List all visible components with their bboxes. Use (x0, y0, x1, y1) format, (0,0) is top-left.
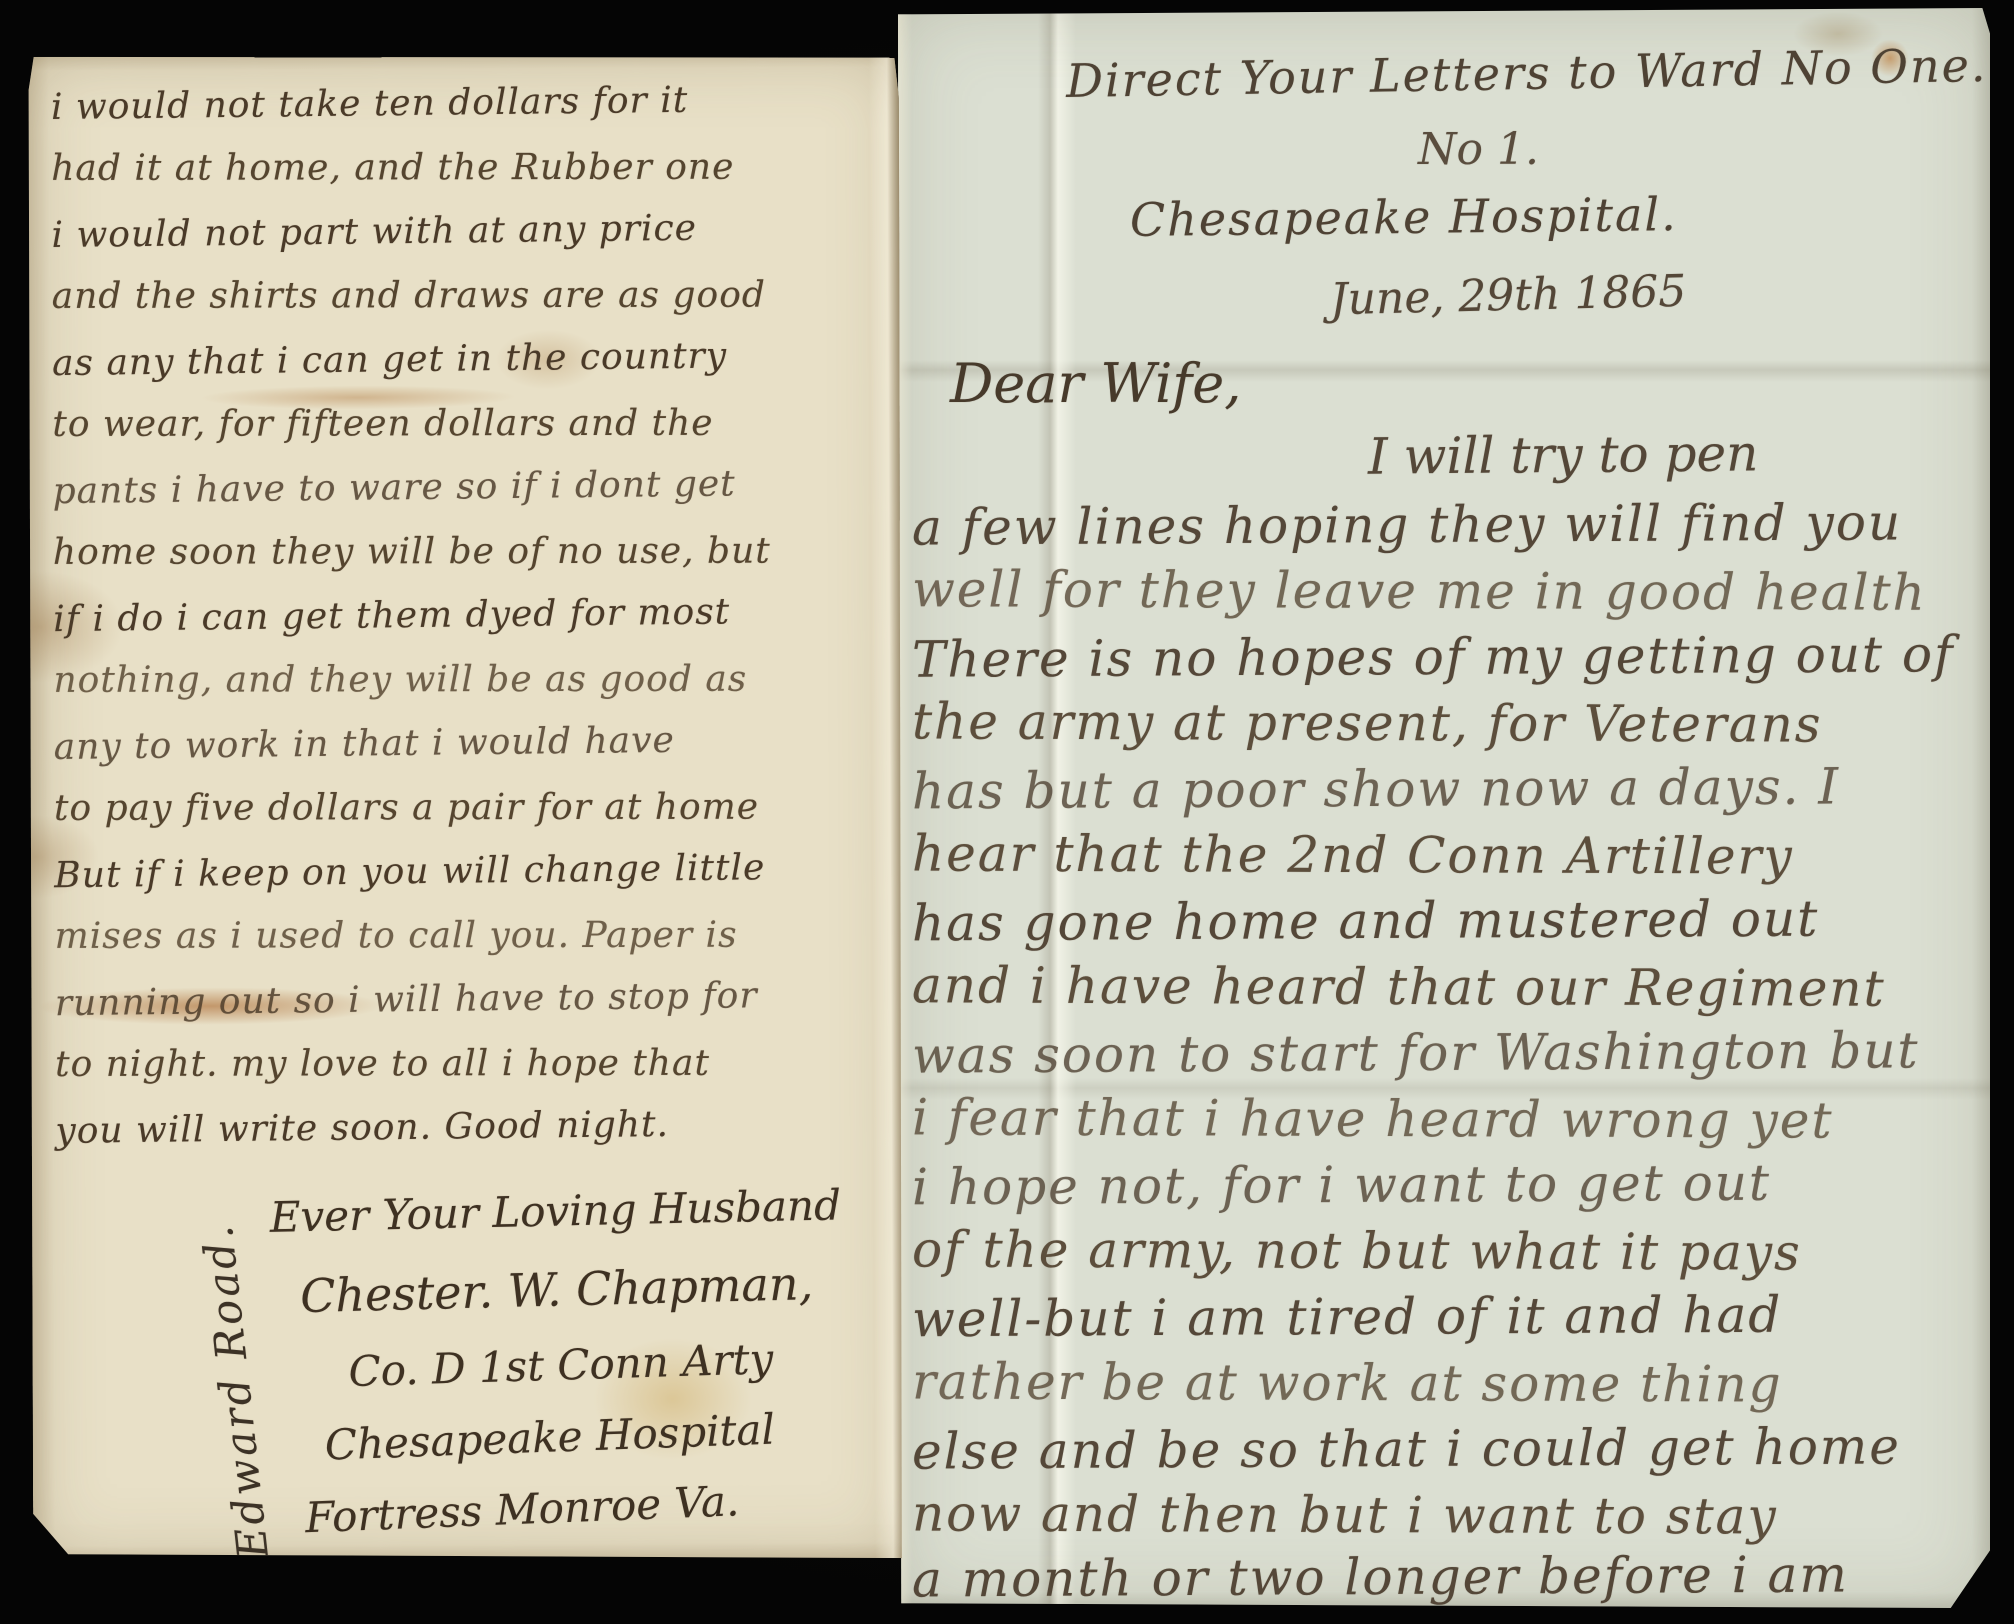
handwritten-line: running out so i will have to stop for (55, 975, 758, 1024)
handwritten-line: to night. my love to all i hope that (55, 1043, 710, 1085)
handwritten-line: and i have heard that our Regiment (912, 956, 1886, 1017)
handwritten-line: as any that i can get in the country (52, 336, 727, 385)
handwritten-line: mises as i used to call you. Paper is (55, 915, 738, 957)
handwritten-line: i hope not, for i want to get out (912, 1154, 1771, 1216)
handwritten-line: and the shirts and draws are as good (52, 275, 766, 317)
date-line: June, 29th 1865 (1329, 266, 1686, 326)
handwritten-line: has gone home and mustered out (912, 890, 1820, 953)
handwritten-line: now and then but i want to stay (912, 1484, 1778, 1545)
handwritten-line: There is no hopes of my getting out of (912, 625, 1955, 688)
salutation: Dear Wife, (950, 352, 1241, 415)
handwritten-line: well-but i am tired of it and had (912, 1286, 1783, 1349)
handwritten-line: rather be at work at some thing (912, 1352, 1783, 1413)
handwritten-line: has but a poor show now a days. I (912, 758, 1840, 821)
unit-line: Co. D 1st Conn Arty (348, 1334, 774, 1396)
handwritten-line: well for they leave me in good health (912, 560, 1927, 622)
handwritten-line: home soon they will be of no use, but (53, 531, 771, 573)
left-page-sheet: i would not take ten dollars for it had … (27, 53, 906, 1562)
letter-scan: i would not take ten dollars for it had … (0, 0, 2014, 1624)
hospital-line: Chesapeake Hospital (324, 1405, 776, 1470)
handwritten-line: hear that the 2nd Conn Artillery (912, 824, 1794, 885)
handwritten-line: But if i keep on you will change little (54, 847, 765, 896)
location-line: Fortress Monroe Va. (304, 1476, 740, 1542)
direction-header-line: Direct Your Letters to Ward No One. (1066, 38, 1988, 108)
handwritten-line: i would not take ten dollars for it (51, 80, 689, 128)
closing-line: Ever Your Loving Husband (269, 1180, 841, 1241)
handwritten-line: a month or two longer before i am (912, 1546, 1849, 1609)
handwritten-line: was soon to start for Washington but (912, 1021, 1920, 1084)
handwritten-line: if i do i can get them dyed for most (53, 591, 730, 640)
handwritten-line: i fear that i have heard wrong yet (912, 1088, 1834, 1149)
right-page-sheet: Direct Your Letters to Ward No One. No 1… (898, 8, 1990, 1608)
opening-line: I will try to pen (1368, 424, 1759, 485)
handwritten-line: nothing, and they will be as good as (53, 659, 747, 701)
handwritten-line: of the army, not but what it pays (912, 1220, 1802, 1281)
direction-header-line: No 1. (1418, 124, 1539, 175)
handwritten-line: a few lines hoping they will find you (912, 493, 1902, 556)
signature-line: Chester. W. Chapman, (300, 1256, 814, 1323)
hospital-header-line: Chesapeake Hospital. (1130, 187, 1678, 247)
vertical-margin-note: Edward Road. (193, 1221, 278, 1561)
handwritten-line: you will write soon. Good night. (55, 1104, 669, 1152)
handwritten-line: any to work in that i would have (54, 720, 675, 768)
handwritten-line: to pay five dollars a pair for at home (54, 787, 759, 829)
handwritten-line: the army at present, for Veterans (912, 692, 1823, 753)
handwritten-line: else and be so that i could get home (912, 1417, 1901, 1480)
handwritten-line: to wear, for fifteen dollars and the (52, 403, 713, 445)
handwritten-line: i would not part with at any price (51, 208, 697, 256)
handwritten-line: had it at home, and the Rubber one (51, 147, 734, 189)
handwritten-line: pants i have to ware so if i dont get (52, 463, 735, 512)
